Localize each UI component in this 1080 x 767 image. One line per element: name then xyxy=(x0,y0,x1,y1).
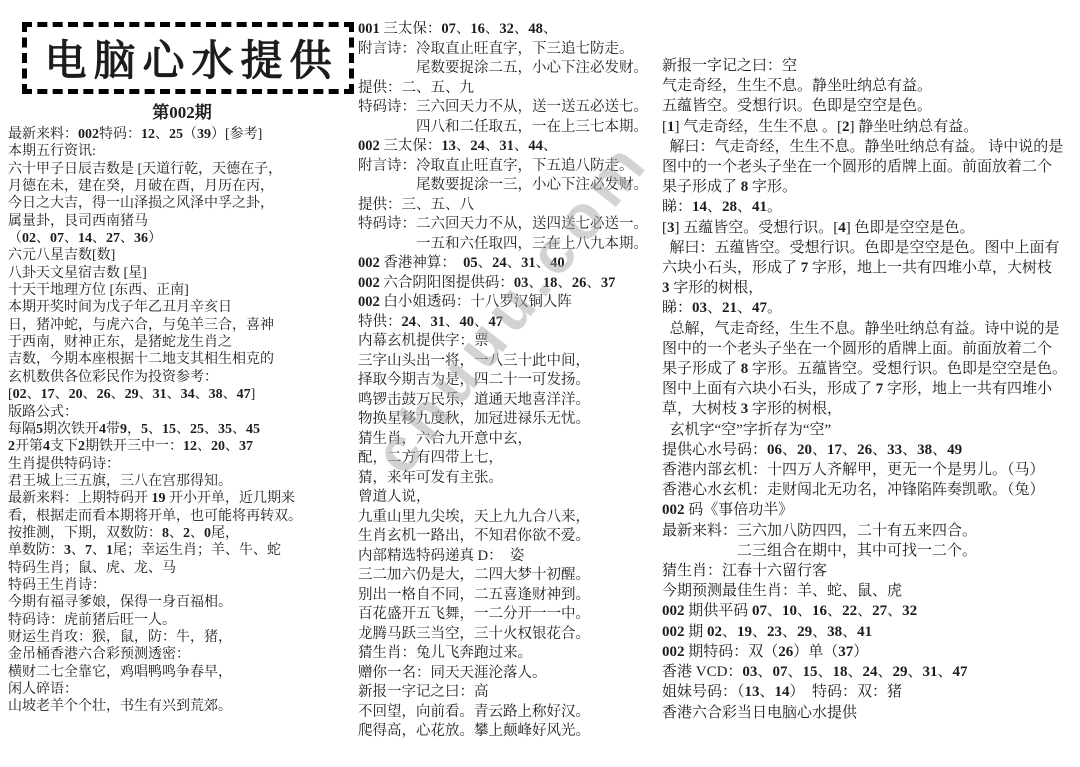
text-line: 特码诗：三六回天力不从，送一送五必送七。 xyxy=(358,98,670,118)
middle-column: 001 三太保：07、16、32、48、附言诗：冷取直止旺直字，下三追七防走。 … xyxy=(358,20,670,742)
text-line: 图中上面有六块小石头，形成了 7 字形，地上一共有四堆小 xyxy=(662,379,1076,399)
text-line: 于西南，财神正东，是猪蛇龙生肖之 xyxy=(8,334,356,351)
text-line: 二三组合在期中，其中可找一二个。 xyxy=(662,541,1076,561)
text-line: [1] 气走奇经，生生不息 。[2] 静坐吐纳总有益。 xyxy=(662,117,1076,137)
text-line: 十天干地理方位 [东西、正南] xyxy=(8,282,356,299)
text-line: 六十甲子日辰吉数是 [天道行乾，天德在子， xyxy=(8,161,356,178)
text-line: 六块小石头，形成了 7 字形，地上一共有四堆小草，大树枝 xyxy=(662,258,1076,278)
text-line: 特供：24、31、40、47 xyxy=(358,313,670,333)
text-line: 最新来料：上期特码开 19 开小开单，近几期来 xyxy=(8,490,356,507)
text-line: 附言诗：冷取直止旺直字，下五追八防走。 xyxy=(358,157,670,177)
text-line: 002 六合阴阳图提供码：03、18、26、37 xyxy=(358,274,670,294)
text-line: 睇：03、21、47。 xyxy=(662,298,1076,318)
text-line: 八卦天文星宿吉数 [星] xyxy=(8,265,356,282)
text-line: 提供：二、五、九 xyxy=(358,79,670,99)
text-line: 本期五行资讯: xyxy=(8,143,356,160)
text-line: 猜，来年可发有主张。 xyxy=(358,469,670,489)
lottery-tips-page: 电脑心水提供 第002期 最新来料：002特码：12、25（39）[参考]本期五… xyxy=(0,0,1080,767)
text-line: 三二加六仍是大，二四大梦十初醒。 xyxy=(358,566,670,586)
text-line: 吉数，今期本座根据十二地支其相生相克的 xyxy=(8,351,356,368)
text-line: 尾数要捉涂二五，小心下注必发财。 xyxy=(358,59,670,79)
text-line: 今期预测最佳生肖：羊、蛇、鼠、虎 xyxy=(662,581,1076,601)
text-line: 特码诗：虎前猪后旺一人。 xyxy=(8,612,356,629)
text-line: 属量卦，艮司西南猪马 xyxy=(8,213,356,230)
issue-number: 第002期 xyxy=(8,98,356,123)
text-line: 尾数要捉涂一三，小心下注必发财。 xyxy=(358,176,670,196)
text-line: 香港 VCD：03、07、15、18、24、29、31、47 xyxy=(662,662,1076,682)
left-column: 电脑心水提供 第002期 最新来料：002特码：12、25（39）[参考]本期五… xyxy=(8,0,356,716)
text-line: 最新来料：三六加八防四四，二十有五来四合。 xyxy=(662,521,1076,541)
left-column-text: 最新来料：002特码：12、25（39）[参考]本期五行资讯:六十甲子日辰吉数是… xyxy=(8,126,356,716)
text-line: 今日之大吉，得一山泽损之风泽中孚之卦， xyxy=(8,195,356,212)
text-line: 横财二七全靠它，鸡唱鸭鸣争春早， xyxy=(8,664,356,681)
text-line: 解曰：五蕴皆空。受想行识。色即是空空是色。图中上面有 xyxy=(662,238,1076,258)
right-column-text: 新报一字记之曰：空气走奇经，生生不息。静坐吐纳总有益。五蕴皆空。受想行识。色即是… xyxy=(662,56,1076,723)
text-line: 不回望，向前看。青云路上称好汉。 xyxy=(358,703,670,723)
text-line: 002 香港神算： 05、24、31、40 xyxy=(358,254,670,274)
text-line: 猜生肖，六合九开意中玄， xyxy=(358,430,670,450)
text-line: 今期有福寻爹娘，保得一身百福相。 xyxy=(8,594,356,611)
page-title: 电脑心水提供 xyxy=(37,28,338,88)
text-line: 玄机字“空”字折存为“空” xyxy=(662,420,1076,440)
text-line: 内幕玄机提供字：票 xyxy=(358,332,670,352)
text-line: 附言诗：冷取直止旺直字，下三追七防走。 xyxy=(358,40,670,60)
text-line: 按推测，下期，双数防：8、2、0尾， xyxy=(8,525,356,542)
text-line: 图中的一个老头子坐在一个圆形的盾牌上面。前面放着二个 xyxy=(662,339,1076,359)
text-line: 002 期供平码 07、10、16、22、27、32 xyxy=(662,601,1076,621)
text-line: 月德在未，建在癸，月破在酉，月历在丙， xyxy=(8,178,356,195)
text-line: 别出一格自不同，二五喜逢财神到。 xyxy=(358,586,670,606)
text-line: 香港内部玄机：十四万人齐解甲，更无一个是男儿。（马） xyxy=(662,460,1076,480)
text-line: 择取今期吉为是，四二十一可发扬。 xyxy=(358,371,670,391)
text-line: 财运生肖攻：猴，鼠，防：牛，猪， xyxy=(8,629,356,646)
text-line: 果子形成了 8 字形。五蕴皆空。受想行识。色即是空空是色。 xyxy=(662,359,1076,379)
text-line: [02、17、20、26、29、31、34、38、47] xyxy=(8,386,356,403)
text-line: 002 期特码：双（26）单（37） xyxy=(662,642,1076,662)
text-line: 赠你一名：同天天涯沦落人。 xyxy=(358,664,670,684)
text-line: 猜生肖：兔儿飞奔跑过来。 xyxy=(358,644,670,664)
text-line: 提供：三、五、八 xyxy=(358,196,670,216)
text-line: 看，根据走而看本期将开单，也可能将再转双。 xyxy=(8,508,356,525)
text-line: 生肖玄机一路出，不知君你欲不爱。 xyxy=(358,527,670,547)
text-line: 九重山里九尖埃，天上九九合八来， xyxy=(358,508,670,528)
middle-column-text: 001 三太保：07、16、32、48、附言诗：冷取直止旺直字，下三追七防走。 … xyxy=(358,20,670,742)
text-line: 姐妹号码：（13、14） 特码：双：猪 xyxy=(662,682,1076,702)
text-line: 睇：14、28、41。 xyxy=(662,197,1076,217)
text-line: 曾道人说， xyxy=(358,488,670,508)
text-line: 本期开奖时间为戊子年乙丑月辛亥日 xyxy=(8,299,356,316)
text-line: 龙腾马跃三当空，三十火权银花合。 xyxy=(358,625,670,645)
text-line: 特码王生肖诗： xyxy=(8,577,356,594)
text-line: 解曰：气走奇经，生生不息。静坐吐纳总有益。 诗中说的是 xyxy=(662,137,1076,157)
masthead-title-box: 电脑心水提供 xyxy=(22,22,354,94)
text-line: 香港心水玄机：走财闯北无功名，冲锋陷阵奏凯歌。（兔） xyxy=(662,480,1076,500)
text-line: 内部精选特码递真 D： 姿 xyxy=(358,547,670,567)
text-line: 002 期 02、19、23、29、38、41 xyxy=(662,622,1076,642)
text-line: （02、07、14、27、36） xyxy=(8,230,356,247)
text-line: 每隔5期次铁开4带9，5、15、25、35、45 xyxy=(8,421,356,438)
text-line: 2开第4支下2期铁开三中一：12、20、37 xyxy=(8,438,356,455)
text-line: 001 三太保：07、16、32、48、 xyxy=(358,20,670,40)
text-line: 气走奇经，生生不息。静坐吐纳总有益。 xyxy=(662,76,1076,96)
text-line: 果子形成了 8 字形。 xyxy=(662,177,1076,197)
text-line: 单数防：3、7、1尾；幸运生肖；羊、牛、蛇 xyxy=(8,542,356,559)
text-line: 3 字形的树根， xyxy=(662,278,1076,298)
text-line: 百花盛开五飞舞，一二分开一一中。 xyxy=(358,605,670,625)
text-line: 002 白小姐透码：十八罗汉铜人阵 xyxy=(358,293,670,313)
text-line: 鸣锣击鼓万民乐，道通天地喜洋洋。 xyxy=(358,391,670,411)
text-line: 配，二方有四带上七， xyxy=(358,449,670,469)
text-line: 金吊桶香港六合彩预测透密： xyxy=(8,646,356,663)
text-line: 002 三太保：13、24、31、44、 xyxy=(358,137,670,157)
text-line: 新报一字记之曰：空 xyxy=(662,56,1076,76)
text-line: 三字山头出一将，一八三十此中间， xyxy=(358,352,670,372)
text-line: 最新来料：002特码：12、25（39）[参考] xyxy=(8,126,356,143)
text-line: 总解，气走奇经，生生不息。静坐吐纳总有益。诗中说的是 xyxy=(662,319,1076,339)
right-column: 新报一字记之曰：空气走奇经，生生不息。静坐吐纳总有益。五蕴皆空。受想行识。色即是… xyxy=(662,56,1076,723)
text-line: 猜生肖：江春十六留行客 xyxy=(662,561,1076,581)
text-line: 四八和二任取五，一在上三七本期。 xyxy=(358,118,670,138)
text-line: 002 码《事倍功半》 xyxy=(662,500,1076,520)
text-line: 一五和六任取四，三在上八九本期。 xyxy=(358,235,670,255)
text-line: 君王城上三五旗，三八在宫那得知。 xyxy=(8,473,356,490)
text-line: 提供心水号码：06、20、17、26、33、38、49 xyxy=(662,440,1076,460)
text-line: 图中的一个老头子坐在一个圆形的盾牌上面。前面放着二个 xyxy=(662,157,1076,177)
text-line: 六元八星吉数[数] xyxy=(8,247,356,264)
text-line: 爬得高，心花放。攀上颠峰好风光。 xyxy=(358,722,670,742)
text-line: 闲人碎语： xyxy=(8,681,356,698)
text-line: 山坡老羊个个壮，书生有兴到荒郊。 xyxy=(8,698,356,715)
text-line: 版路公式： xyxy=(8,404,356,421)
text-line: 香港六合彩当日电脑心水提供 xyxy=(662,703,1076,723)
text-line: [3] 五蕴皆空。受想行识。[4] 色即是空空是色。 xyxy=(662,218,1076,238)
text-line: 草，大树枝 3 字形的树根， xyxy=(662,399,1076,419)
text-line: 玄机数供各位彩民作为投资参考： xyxy=(8,369,356,386)
text-line: 特码生肖；鼠、虎、龙、马 xyxy=(8,560,356,577)
text-line: 日，猪冲蛇，与虎六合，与兔羊三合，喜神 xyxy=(8,317,356,334)
text-line: 五蕴皆空。受想行识。色即是空空是色。 xyxy=(662,96,1076,116)
text-line: 物换星移九度秋，加冠进禄乐无忧。 xyxy=(358,410,670,430)
text-line: 新报一字记之曰：高 xyxy=(358,683,670,703)
text-line: 特码诗：二六回天力不从，送四送七必送一。 xyxy=(358,215,670,235)
text-line: 生肖提供特码诗： xyxy=(8,456,356,473)
